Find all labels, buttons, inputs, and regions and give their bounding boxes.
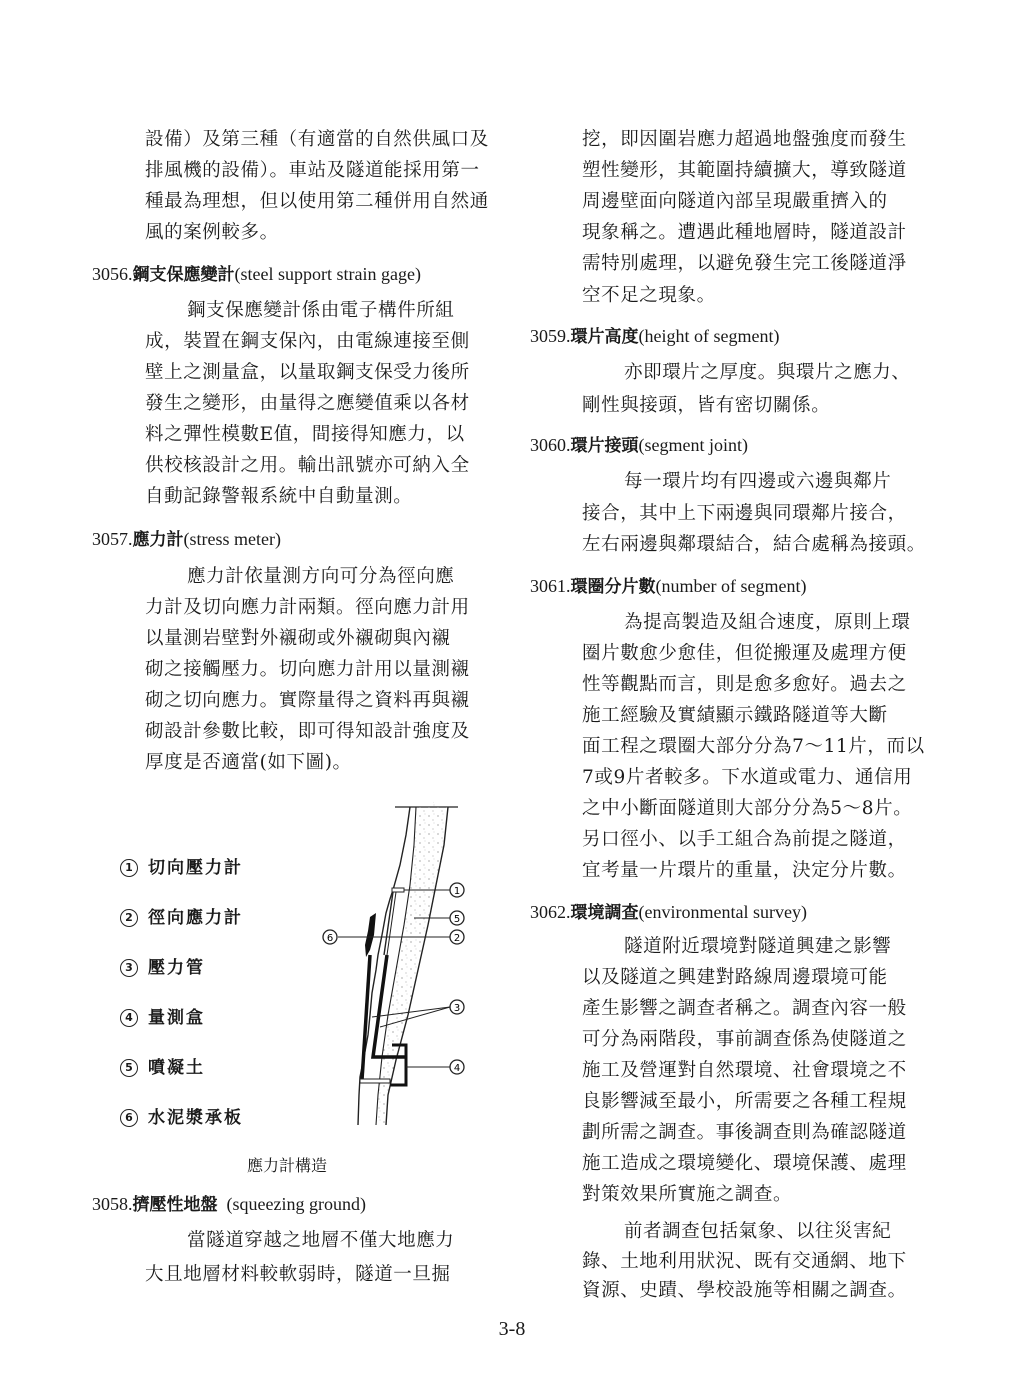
entry-title-zh: 環片接頭 bbox=[571, 436, 639, 456]
entry-title-zh: 環圈分片數 bbox=[571, 577, 656, 597]
paragraph-line: 現象稱之。遭遇此種地層時，隧道設計 bbox=[582, 221, 907, 245]
paragraph-line: 挖，即因圍岩應力超過地盤強度而發生 bbox=[582, 128, 907, 152]
legend-label: 壓力管 bbox=[148, 958, 205, 978]
entry-heading-3057: 3057.應力計(stress meter) bbox=[92, 527, 281, 552]
callout-1: 1 bbox=[450, 883, 464, 897]
entry-title-en: (steel support strain gage) bbox=[235, 264, 421, 284]
figure-legend-item: 6水泥漿承板 bbox=[120, 1103, 243, 1128]
paragraph-line: 產生影響之調查者稱之。調查內容一般 bbox=[582, 997, 907, 1021]
paragraph-line: 另口徑小、以手工組合為前提之隧道， bbox=[582, 828, 907, 852]
figure-legend-item: 2徑向應力計 bbox=[120, 903, 243, 928]
paragraph-line: 錄、土地利用狀況、既有交通網、地下 bbox=[582, 1250, 907, 1274]
entry-title-zh: 擠壓性地盤 bbox=[133, 1195, 218, 1215]
svg-text:4: 4 bbox=[454, 1063, 460, 1074]
circled-number: 6 bbox=[120, 1109, 138, 1127]
circled-number: 3 bbox=[120, 959, 138, 977]
figure-legend-item: 4量測盒 bbox=[120, 1003, 205, 1028]
paragraph-line: 對策效果所實施之調查。 bbox=[582, 1183, 792, 1207]
entry-heading-3058: 3058.擠壓性地盤 (squeezing ground) bbox=[92, 1192, 366, 1217]
svg-text:6: 6 bbox=[327, 933, 333, 944]
paragraph-line: 圈片數愈少愈佳，但從搬運及處理方便 bbox=[582, 642, 907, 666]
paragraph-line: 塑性變形，其範圍持續擴大，導致隧道 bbox=[582, 159, 907, 183]
paragraph-line: 自動記錄警報系統中自動量測。 bbox=[145, 485, 412, 509]
paragraph-line: 設備）及第三種（有適當的自然供風口及 bbox=[145, 128, 489, 152]
paragraph-line: 周邊壁面向隧道內部呈現嚴重擠入的 bbox=[582, 190, 888, 214]
circled-number: 5 bbox=[120, 1059, 138, 1077]
paragraph-line: 空不足之現象。 bbox=[582, 284, 716, 308]
paragraph-line: 7或9片者較多。下水道或電力、通信用 bbox=[582, 766, 912, 790]
entry-number: 3059. bbox=[530, 326, 571, 346]
circled-number: 4 bbox=[120, 1009, 138, 1027]
paragraph-line: 之中小斷面隧道則大部分分為5～8片。 bbox=[582, 797, 912, 821]
paragraph-line: 性等觀點而言，則是愈多愈好。過去之 bbox=[582, 673, 907, 697]
svg-text:1: 1 bbox=[454, 886, 460, 897]
callout-6: 6 bbox=[323, 930, 337, 944]
paragraph-line: 砌之接觸壓力。切向應力計用以量測襯 bbox=[145, 658, 470, 682]
paragraph-line: 資源、史蹟、學校設施等相關之調查。 bbox=[582, 1279, 907, 1303]
paragraph-line: 施工及營運對自然環境、社會環境之不 bbox=[582, 1059, 907, 1083]
paragraph-line: 為提高製造及組合速度，原則上環 bbox=[624, 611, 911, 635]
paragraph-line: 需特別處理，以避免發生完工後隧道淨 bbox=[582, 252, 907, 276]
paragraph-line: 風的案例較多。 bbox=[145, 221, 279, 245]
figure-legend-item: 1切向壓力計 bbox=[120, 853, 243, 878]
paragraph-line: 砌設計參數比較，即可得知設計強度及 bbox=[145, 720, 470, 744]
callout-3: 3 bbox=[450, 1000, 464, 1014]
paragraph-line: 亦即環片之厚度。與環片之應力、 bbox=[624, 361, 911, 385]
legend-label: 水泥漿承板 bbox=[148, 1108, 243, 1128]
entry-title-zh: 應力計 bbox=[133, 530, 184, 550]
circled-number: 1 bbox=[120, 859, 138, 877]
paragraph-line: 劃所需之調查。事後調查則為確認隧道 bbox=[582, 1121, 907, 1145]
paragraph-line: 當隧道穿越之地層不僅大地應力 bbox=[187, 1229, 454, 1253]
figure-legend-item: 5噴凝土 bbox=[120, 1053, 205, 1078]
paragraph-line: 以量測岩壁對外襯砌或外襯砌與內襯 bbox=[145, 627, 451, 651]
paragraph-line: 宜考量一片環片的重量，決定分片數。 bbox=[582, 859, 907, 883]
paragraph-line: 左右兩邊與鄰環結合，結合處稱為接頭。 bbox=[582, 533, 926, 557]
entry-title-en: (segment joint) bbox=[639, 435, 748, 455]
entry-title-zh: 鋼支保應變計 bbox=[133, 265, 235, 285]
entry-title-zh: 環片高度 bbox=[571, 327, 639, 347]
paragraph-line: 接合，其中上下兩邊與同環鄰片接合， bbox=[582, 502, 907, 526]
paragraph-line: 大且地層材料較軟弱時，隧道一旦掘 bbox=[145, 1263, 451, 1287]
entry-heading-3061: 3061.環圈分片數(number of segment) bbox=[530, 574, 806, 599]
paragraph-line: 可分為兩階段，事前調查係為使隧道之 bbox=[582, 1028, 907, 1052]
legend-label: 徑向應力計 bbox=[148, 908, 243, 928]
paragraph-line: 發生之變形，由量得之應變值乘以各材 bbox=[145, 392, 470, 416]
paragraph-line: 料之彈性模數E值，間接得知應力，以 bbox=[145, 423, 465, 447]
entry-title-en: (number of segment) bbox=[656, 576, 807, 596]
entry-title-en: (height of segment) bbox=[639, 326, 780, 346]
entry-number: 3057. bbox=[92, 529, 133, 549]
paragraph-line: 壁上之測量盒，以量取鋼支保受力後所 bbox=[145, 361, 470, 385]
legend-label: 量測盒 bbox=[148, 1008, 205, 1028]
paragraph-line: 剛性與接頭，皆有密切關係。 bbox=[582, 394, 830, 418]
paragraph-line: 隧道附近環境對隧道興建之影響 bbox=[624, 935, 891, 959]
paragraph-line: 良影響減至最小，所需要之各種工程規 bbox=[582, 1090, 907, 1114]
callout-4: 4 bbox=[450, 1060, 464, 1074]
entry-heading-3059: 3059.環片高度(height of segment) bbox=[530, 324, 779, 349]
figure-caption: 應力計構造 bbox=[247, 1153, 327, 1176]
paragraph-line: 每一環片均有四邊或六邊與鄰片 bbox=[624, 470, 891, 494]
svg-text:2: 2 bbox=[454, 933, 460, 944]
paragraph-line: 成，裝置在鋼支保內，由電線連接至側 bbox=[145, 330, 470, 354]
entry-heading-3062: 3062.環境調查(environmental survey) bbox=[530, 900, 807, 925]
paragraph-line: 供校核設計之用。輸出訊號亦可納入全 bbox=[145, 454, 470, 478]
entry-number: 3058. bbox=[92, 1194, 133, 1214]
paragraph-line: 鋼支保應變計係由電子構件所組 bbox=[187, 299, 454, 323]
legend-label: 切向壓力計 bbox=[148, 858, 243, 878]
figure-legend-item: 3壓力管 bbox=[120, 953, 205, 978]
entry-number: 3062. bbox=[530, 902, 571, 922]
paragraph-line: 面工程之環圈大部分分為7～11片，而以 bbox=[582, 735, 925, 759]
entry-heading-3060: 3060.環片接頭(segment joint) bbox=[530, 433, 748, 458]
legend-label: 噴凝土 bbox=[148, 1058, 205, 1078]
paragraph-line: 砌之切向應力。實際量得之資料再與襯 bbox=[145, 689, 470, 713]
paragraph-line: 施工造成之環境變化、環境保護、處理 bbox=[582, 1152, 907, 1176]
entry-title-en: (squeezing ground) bbox=[218, 1194, 366, 1214]
paragraph-line: 排風機的設備）。車站及隧道能採用第一 bbox=[145, 159, 480, 183]
paragraph-line: 前者調查包括氣象、以往災害紀 bbox=[624, 1220, 891, 1244]
paragraph-line: 厚度是否適當(如下圖)。 bbox=[145, 751, 352, 775]
callout-5: 5 bbox=[450, 911, 464, 925]
page-number: 3-8 bbox=[0, 1318, 1024, 1341]
entry-number: 3061. bbox=[530, 576, 571, 596]
svg-text:3: 3 bbox=[454, 1003, 460, 1014]
paragraph-line: 以及隧道之興建對路線周邊環境可能 bbox=[582, 966, 888, 990]
paragraph-line: 施工經驗及實績顯示鐵路隧道等大斷 bbox=[582, 704, 888, 728]
tunnel-lining-cross-section-diagram: 1 5 6 2 3 4 bbox=[310, 795, 500, 1140]
entry-number: 3060. bbox=[530, 435, 571, 455]
entry-title-en: (environmental survey) bbox=[639, 902, 807, 922]
circled-number: 2 bbox=[120, 909, 138, 927]
paragraph-line: 應力計依量測方向可分為徑向應 bbox=[187, 565, 454, 589]
paragraph-line: 種最為理想，但以使用第二種併用自然通 bbox=[145, 190, 489, 214]
entry-title-en: (stress meter) bbox=[184, 529, 281, 549]
entry-title-zh: 環境調查 bbox=[571, 903, 639, 923]
entry-heading-3056: 3056.鋼支保應變計(steel support strain gage) bbox=[92, 262, 421, 287]
entry-number: 3056. bbox=[92, 264, 133, 284]
paragraph-line: 力計及切向應力計兩類。徑向應力計用 bbox=[145, 596, 470, 620]
svg-text:5: 5 bbox=[454, 914, 460, 925]
callout-2: 2 bbox=[450, 930, 464, 944]
